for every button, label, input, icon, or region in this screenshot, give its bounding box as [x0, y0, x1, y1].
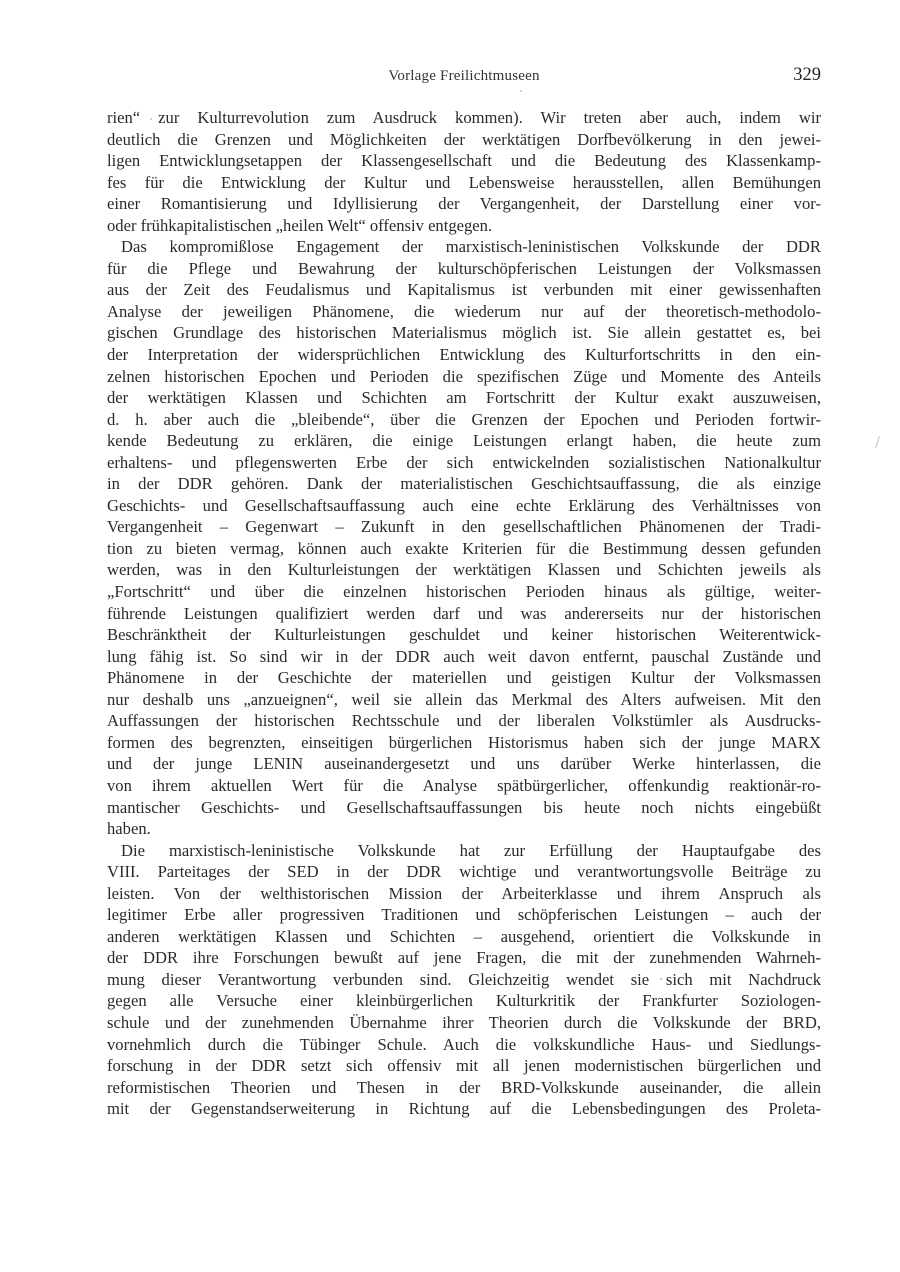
running-head: Vorlage Freilichtmuseen 329 — [107, 64, 821, 88]
text-line: haben. — [107, 818, 821, 840]
scan-artifact-mark — [875, 436, 880, 448]
text-line: der werktätigen Klassen und Schichten am… — [107, 387, 821, 409]
text-line: rien“ zur Kulturrevolution zum Ausdruck … — [107, 107, 821, 129]
text-line: werden, was in den Kulturleistungen der … — [107, 559, 821, 581]
text-line: für die Pflege und Bewahrung der kulturs… — [107, 258, 821, 280]
text-line: mit der Gegenstandserweiterung in Richtu… — [107, 1098, 821, 1120]
text-line: mung dieser Verantwortung verbunden sind… — [107, 969, 821, 991]
text-line: oder frühkapitalistischen „heilen Welt“ … — [107, 215, 821, 237]
text-line: gegen alle Versuche einer kleinbürgerlic… — [107, 990, 821, 1012]
text-line: Beschränktheit der Kulturleistungen gesc… — [107, 624, 821, 646]
scan-artifact-speck — [660, 978, 662, 980]
scan-artifact-speck — [150, 118, 152, 120]
text-line: vornehmlich durch die Tübinger Schule. A… — [107, 1034, 821, 1056]
page-number: 329 — [793, 65, 821, 86]
text-line: und der junge LENIN auseinandergesetzt u… — [107, 753, 821, 775]
text-line: tion zu bieten vermag, können auch exakt… — [107, 538, 821, 560]
body-text: rien“ zur Kulturrevolution zum Ausdruck … — [107, 107, 821, 1120]
text-line: nur deshalb uns „anzueignen“, weil sie a… — [107, 689, 821, 711]
text-line: legitimer Erbe aller progressiven Tradit… — [107, 904, 821, 926]
document-page: Vorlage Freilichtmuseen 329 rien“ zur Ku… — [0, 0, 900, 1272]
text-line: ligen Entwicklungsetappen der Klassenges… — [107, 150, 821, 172]
text-line: reformistischen Theorien und Thesen in d… — [107, 1077, 821, 1099]
text-line: forschung in der DDR setzt sich offensiv… — [107, 1055, 821, 1077]
text-line: aus der Zeit des Feudalismus und Kapital… — [107, 279, 821, 301]
text-line: erhaltens- und pflegenswerten Erbe der s… — [107, 452, 821, 474]
text-line: kende Bedeutung zu erklären, die einige … — [107, 430, 821, 452]
text-line: deutlich die Grenzen und Möglichkeiten d… — [107, 129, 821, 151]
text-line: einer Romantisierung und Idyllisierung d… — [107, 193, 821, 215]
text-line: formen des begrenzten, einseitigen bürge… — [107, 732, 821, 754]
text-line: schule und der zunehmenden Übernahme ihr… — [107, 1012, 821, 1034]
text-line: Vergangenheit – Gegenwart – Zukunft in d… — [107, 516, 821, 538]
text-line: leisten. Von der welthistorischen Missio… — [107, 883, 821, 905]
text-line: mantischer Geschichts- und Gesellschafts… — [107, 797, 821, 819]
text-line: anderen werktätigen Klassen und Schichte… — [107, 926, 821, 948]
running-title: Vorlage Freilichtmuseen — [107, 68, 821, 85]
text-line: Analyse der jeweiligen Phänomene, die wi… — [107, 301, 821, 323]
text-line: gischen Grundlage des historischen Mater… — [107, 322, 821, 344]
text-line: von ihrem aktuellen Wert für die Analyse… — [107, 775, 821, 797]
text-line: Geschichts- und Gesellschaftsauffassung … — [107, 495, 821, 517]
text-line: d. h. aber auch die „bleibende“, über di… — [107, 409, 821, 431]
text-line: lung fähig ist. So sind wir in der DDR a… — [107, 646, 821, 668]
scan-artifact-speck — [520, 90, 522, 92]
text-line: der Interpretation der widersprüchlichen… — [107, 344, 821, 366]
text-line: VIII. Parteitages der SED in der DDR wic… — [107, 861, 821, 883]
text-line: fes für die Entwicklung der Kultur und L… — [107, 172, 821, 194]
text-line: in der DDR gehören. Dank der materialist… — [107, 473, 821, 495]
text-line: zelnen historischen Epochen und Perioden… — [107, 366, 821, 388]
text-line: „Fortschritt“ und über die einzelnen his… — [107, 581, 821, 603]
paragraph-start-line: Das kompromißlose Engagement der marxist… — [107, 236, 821, 258]
text-line: Phänomene in der Geschichte der materiel… — [107, 667, 821, 689]
text-line: Auffassungen der historischen Rechtsschu… — [107, 710, 821, 732]
text-line: der DDR ihre Forschungen bewußt auf jene… — [107, 947, 821, 969]
text-line: führende Leistungen qualifiziert werden … — [107, 603, 821, 625]
paragraph-start-line: Die marxistisch-leninistische Volkskunde… — [107, 840, 821, 862]
